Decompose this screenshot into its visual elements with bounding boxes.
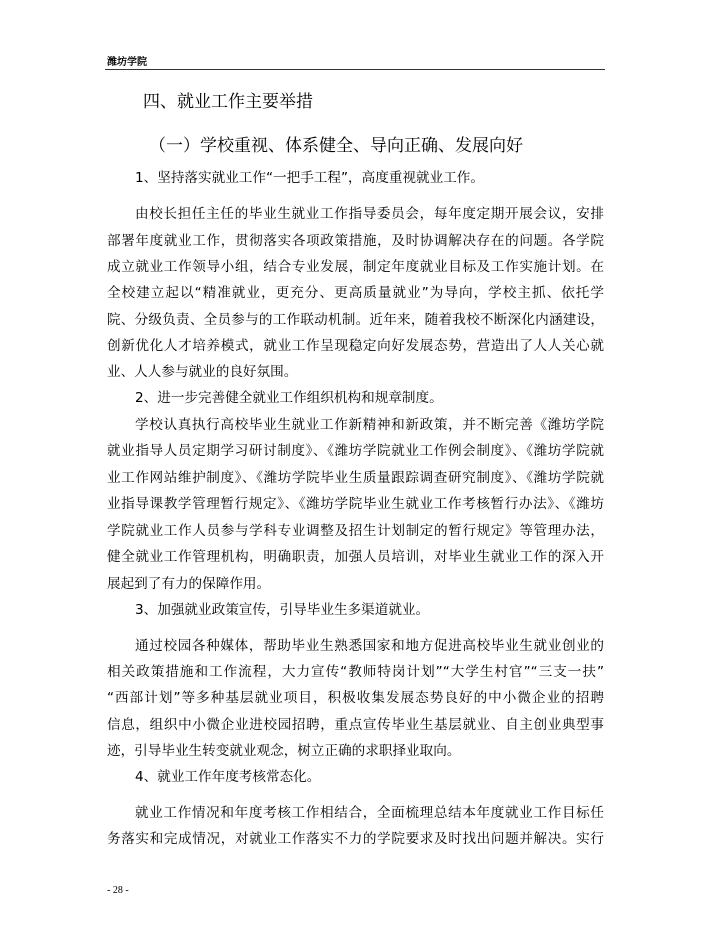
document-page: 潍坊学院 四、就业工作主要举措 （一）学校重视、体系健全、导向正确、发展向好 1… xyxy=(0,0,709,945)
item-heading: 4、就业工作年度考核常态化。 xyxy=(135,768,320,786)
running-header: 潍坊学院 xyxy=(107,53,147,68)
paragraph-line: 信息，组织中小微企业进校园招聘，重点宣传毕业生基层就业、自主创业典型事 xyxy=(107,716,604,734)
paragraph-line: 迹，引导毕业生转变就业观念，树立正确的求职择业取向。 xyxy=(107,742,604,760)
paragraph-line: 成立就业工作领导小组，结合专业发展，制定年度就业目标及工作实施计划。在 xyxy=(107,258,604,276)
paragraph-line: “西部计划”等多种基层就业项目，积极收集发展态势良好的中小微企业的招聘 xyxy=(107,689,604,707)
paragraph-line: 通过校园各种媒体，帮助毕业生熟悉国家和地方促进高校毕业生就业创业的 xyxy=(135,637,604,655)
paragraph-line: 就业工作情况和年度考核工作相结合，全面梳理总结本年度就业工作目标任 xyxy=(135,804,604,822)
item-heading: 3、加强就业政策宣传，引导毕业生多渠道就业。 xyxy=(135,601,429,619)
paragraph-line: 部署年度就业工作，贯彻落实各项政策措施，及时协调解决存在的问题。各学院 xyxy=(107,232,604,250)
paragraph-line: 创新优化人才培养模式，就业工作呈现稳定向好发展态势，营造出了人人关心就 xyxy=(107,337,604,355)
paragraph-line: 院、分级负责、全员参与的工作联动机制。近年来，随着我校不断深化内涵建设， xyxy=(107,311,604,329)
item-heading: 2、进一步完善健全就业工作组织机构和规章制度。 xyxy=(135,389,443,407)
paragraph-line: 学院就业工作人员参与学科专业调整及招生计划制定的暂行规定》等管理办法， xyxy=(107,522,604,540)
paragraph-line: 由校长担任主任的毕业生就业工作指导委员会，每年度定期开展会议，安排 xyxy=(135,205,604,223)
section-title: 四、就业工作主要举措 xyxy=(143,87,313,112)
subsection-title: （一）学校重视、体系健全、导向正确、发展向好 xyxy=(149,131,523,156)
paragraph-line: 业工作网站维护制度》、《潍坊学院毕业生质量跟踪调查研究制度》、《潍坊学院就 xyxy=(107,469,604,487)
paragraph-line: 展起到了有力的保障作用。 xyxy=(107,575,604,593)
paragraph-line: 业指导课教学管理暂行规定》、《潍坊学院毕业生就业工作考核暂行办法》、《潍坊 xyxy=(107,495,604,513)
paragraph-line: 就业指导人员定期学习研讨制度》、《潍坊学院就业工作例会制度》、《潍坊学院就 xyxy=(107,442,604,460)
page-number: - 28 - xyxy=(107,885,129,896)
paragraph-line: 相关政策措施和工作流程，大力宣传“教师特岗计划”“大学生村官”“三支一扶” xyxy=(107,663,604,681)
header-divider xyxy=(105,69,605,70)
paragraph-line: 学校认真执行高校毕业生就业工作新精神和新政策，并不断完善《潍坊学院 xyxy=(135,416,604,434)
paragraph-line: 业、人人参与就业的良好氛围。 xyxy=(107,363,604,381)
paragraph-line: 健全就业工作管理机构，明确职责，加强人员培训，对毕业生就业工作的深入开 xyxy=(107,548,604,566)
paragraph-line: 全校建立起以“精准就业，更充分、更高质量就业”为导向，学校主抓、依托学 xyxy=(107,284,604,302)
paragraph-line: 务落实和完成情况，对就业工作落实不力的学院要求及时找出问题并解决。实行 xyxy=(107,830,604,848)
item-heading: 1、坚持落实就业工作“一把手工程”，高度重视就业工作。 xyxy=(135,169,484,187)
